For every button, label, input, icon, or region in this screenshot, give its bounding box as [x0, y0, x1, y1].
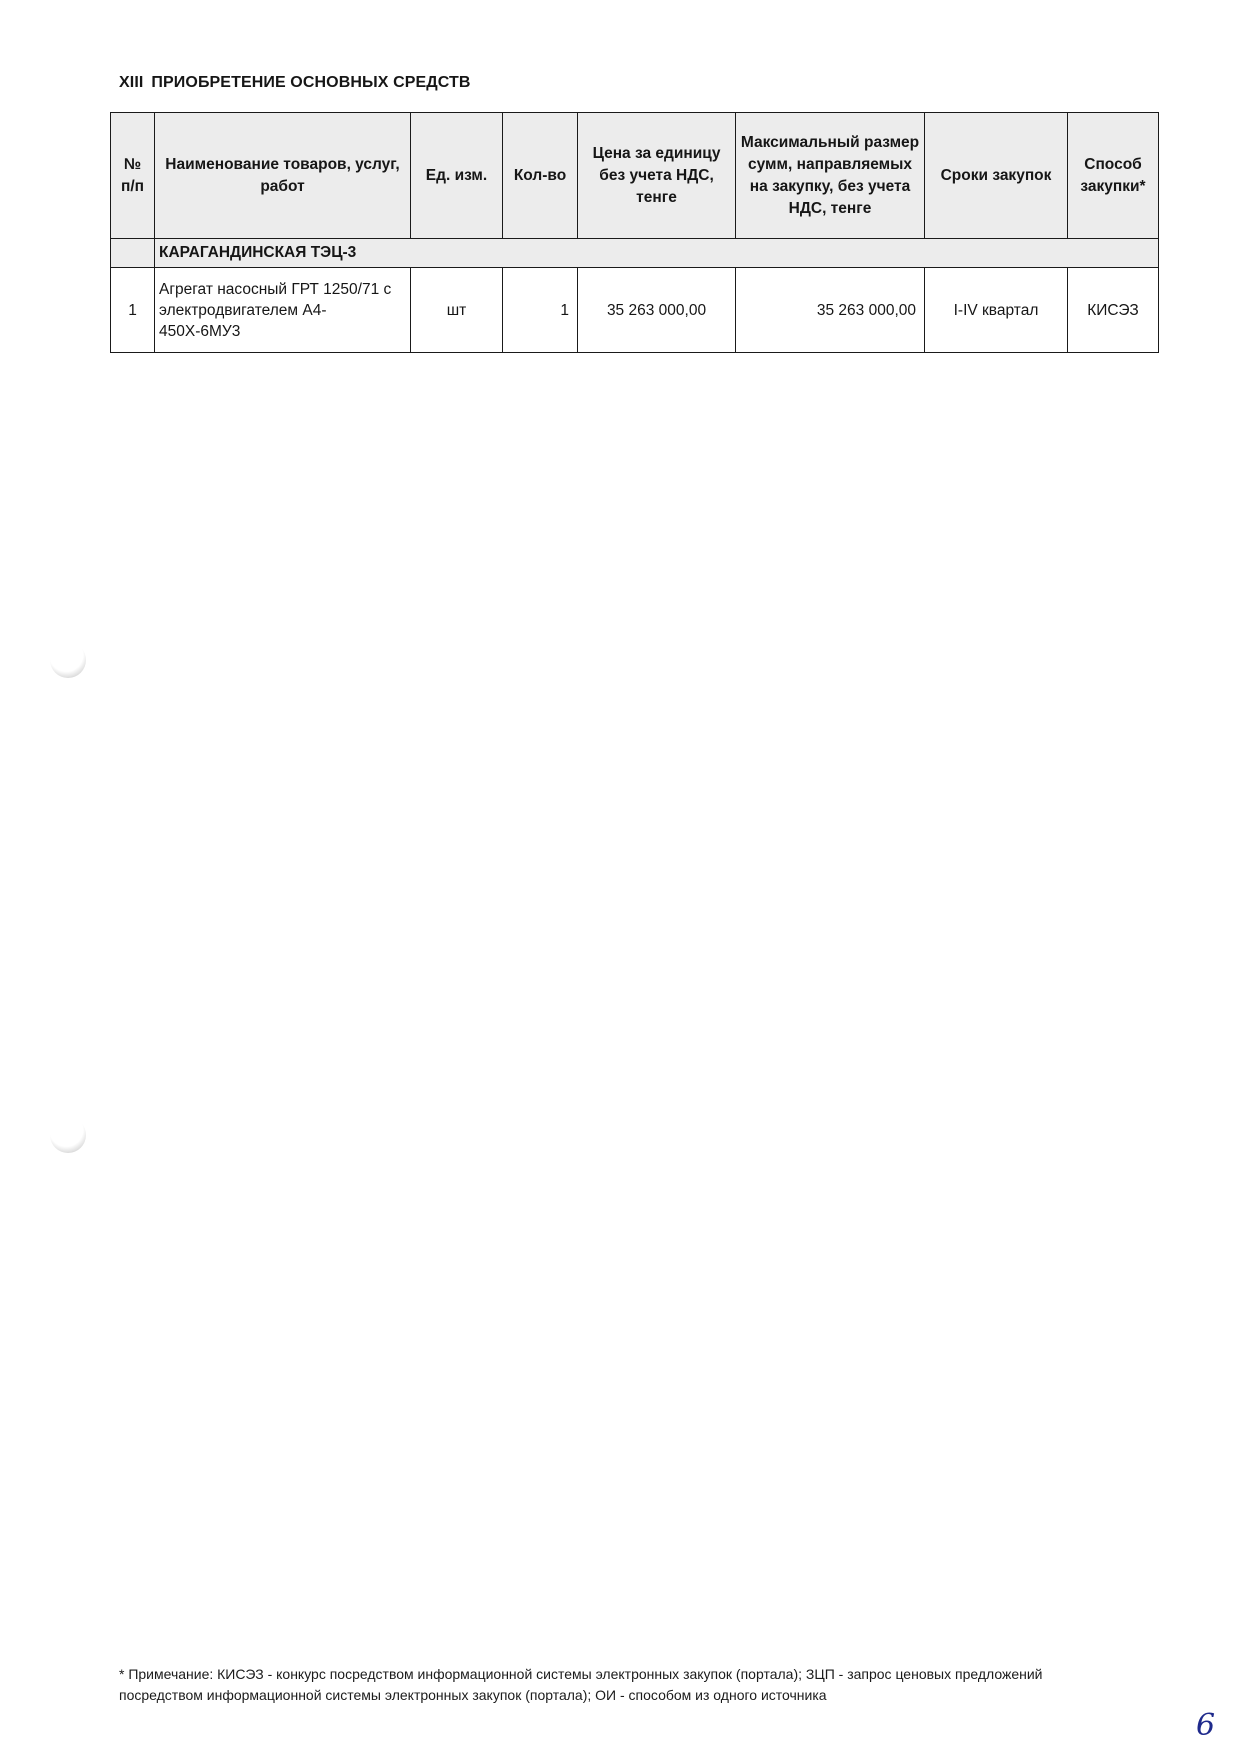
section-title: XIIIПРИОБРЕТЕНИЕ ОСНОВНЫХ СРЕДСТВ — [119, 74, 471, 92]
cell-max-amount: 35 263 000,00 — [736, 268, 925, 353]
header-method: Способ закупки* — [1068, 113, 1159, 239]
section-row: КАРАГАНДИНСКАЯ ТЭЦ-3 — [111, 239, 1159, 268]
cell-num: 1 — [111, 268, 155, 353]
cell-method: КИСЭЗ — [1068, 268, 1159, 353]
cell-unit-price: 35 263 000,00 — [578, 268, 736, 353]
fixed-assets-table: № п/п Наименование товаров, услуг, работ… — [110, 112, 1159, 353]
section-title-text: ПРИОБРЕТЕНИЕ ОСНОВНЫХ СРЕДСТВ — [151, 74, 470, 91]
cell-qty: 1 — [503, 268, 578, 353]
section-row-num — [111, 239, 155, 268]
hole-punch-mark — [50, 642, 86, 678]
footnote: * Примечание: КИСЭЗ - конкурс посредство… — [119, 1664, 1119, 1706]
cell-name: Агрегат насосный ГРТ 1250/71 с электродв… — [155, 268, 411, 353]
table-header-row: № п/п Наименование товаров, услуг, работ… — [111, 113, 1159, 239]
cell-unit: шт — [411, 268, 503, 353]
hole-punch-mark — [50, 1117, 86, 1153]
section-number: XIII — [119, 74, 143, 91]
header-unit-price: Цена за единицу без учета НДС, тенге — [578, 113, 736, 239]
handwritten-page-number: 6 — [1196, 1708, 1215, 1743]
table-row: 1 Агрегат насосный ГРТ 1250/71 с электро… — [111, 268, 1159, 353]
header-num: № п/п — [111, 113, 155, 239]
header-name: Наименование товаров, услуг, работ — [155, 113, 411, 239]
section-row-label: КАРАГАНДИНСКАЯ ТЭЦ-3 — [155, 239, 1159, 268]
header-qty: Кол-во — [503, 113, 578, 239]
header-unit: Ед. изм. — [411, 113, 503, 239]
header-terms: Сроки закупок — [925, 113, 1068, 239]
header-max-amount: Максимальный размер сумм, направляемых н… — [736, 113, 925, 239]
cell-terms: I-IV квартал — [925, 268, 1068, 353]
